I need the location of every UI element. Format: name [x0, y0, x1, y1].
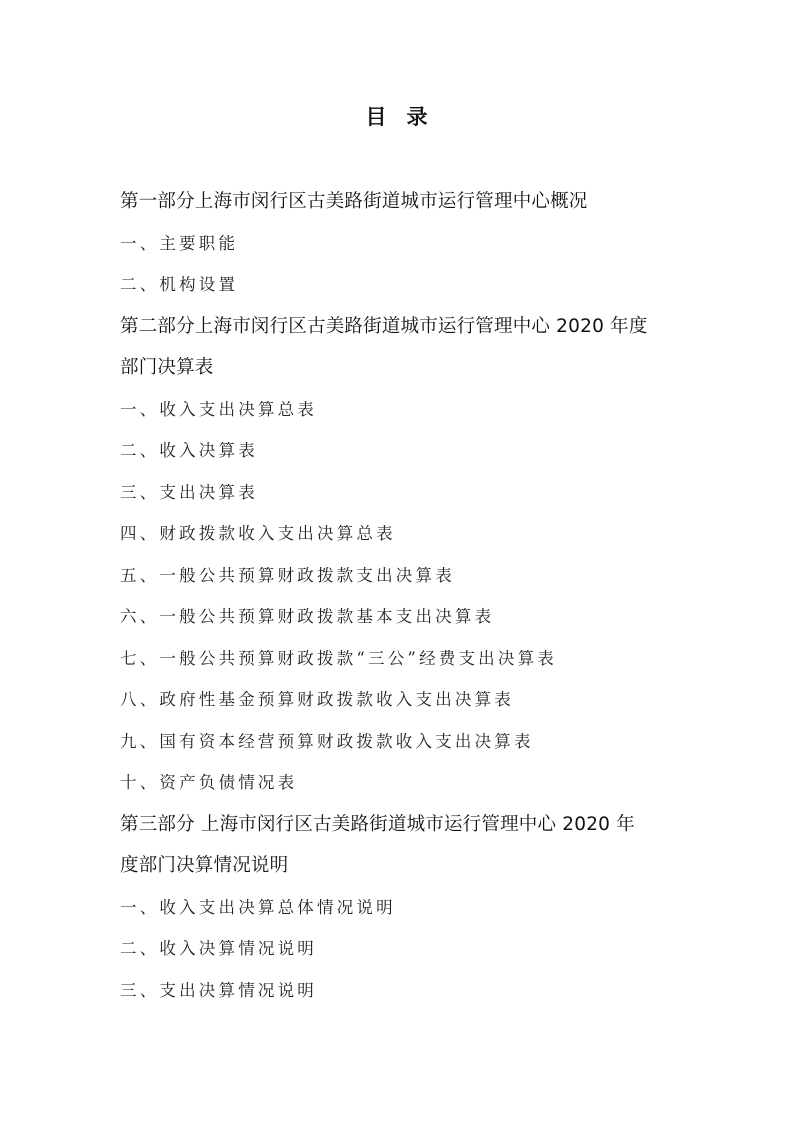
toc-item-assets-liabilities[interactable]: 十、资产负债情况表 — [120, 766, 690, 808]
toc-item-main-functions[interactable]: 一、主要职能 — [120, 227, 690, 269]
toc-item-state-capital-budget[interactable]: 九、国有资本经营预算财政拨款收入支出决算表 — [120, 725, 690, 767]
toc-title: 目录 — [0, 100, 793, 134]
toc-item-income-table[interactable]: 二、收入决算表 — [120, 434, 690, 476]
toc-item-income-expenditure-summary[interactable]: 一、收入支出决算总表 — [120, 393, 690, 435]
table-of-contents: 第一部分上海市闵行区古美路街道城市运行管理中心概况 一、主要职能 二、机构设置 … — [120, 185, 690, 1015]
toc-title-char-2: 录 — [407, 105, 428, 129]
toc-part-1-heading[interactable]: 第一部分上海市闵行区古美路街道城市运行管理中心概况 — [120, 185, 690, 227]
toc-part-3-heading-line1[interactable]: 第三部分 上海市闵行区古美路街道城市运行管理中心 2020 年 — [120, 808, 690, 850]
toc-item-org-structure[interactable]: 二、机构设置 — [120, 268, 690, 310]
toc-item-general-budget-basic-expenditure[interactable]: 六、一般公共预算财政拨款基本支出决算表 — [120, 600, 690, 642]
toc-item-fiscal-appropriation-summary[interactable]: 四、财政拨款收入支出决算总表 — [120, 517, 690, 559]
toc-part-3-heading-line2[interactable]: 度部门决算情况说明 — [120, 849, 690, 891]
toc-item-general-budget-expenditure[interactable]: 五、一般公共预算财政拨款支出决算表 — [120, 559, 690, 601]
toc-item-government-fund-budget[interactable]: 八、政府性基金预算财政拨款收入支出决算表 — [120, 683, 690, 725]
toc-item-overall-explanation[interactable]: 一、收入支出决算总体情况说明 — [120, 891, 690, 933]
toc-item-expenditure-table[interactable]: 三、支出决算表 — [120, 476, 690, 518]
toc-item-expenditure-explanation[interactable]: 三、支出决算情况说明 — [120, 974, 690, 1016]
toc-part-2-heading-line2[interactable]: 部门决算表 — [120, 351, 690, 393]
document-page: 目录 第一部分上海市闵行区古美路街道城市运行管理中心概况 一、主要职能 二、机构… — [0, 0, 793, 1122]
toc-item-three-public-expenses[interactable]: 七、一般公共预算财政拨款“三公”经费支出决算表 — [120, 642, 690, 684]
toc-title-char-1: 目 — [366, 105, 387, 129]
toc-item-income-explanation[interactable]: 二、收入决算情况说明 — [120, 932, 690, 974]
toc-part-2-heading-line1[interactable]: 第二部分上海市闵行区古美路街道城市运行管理中心 2020 年度 — [120, 310, 690, 352]
